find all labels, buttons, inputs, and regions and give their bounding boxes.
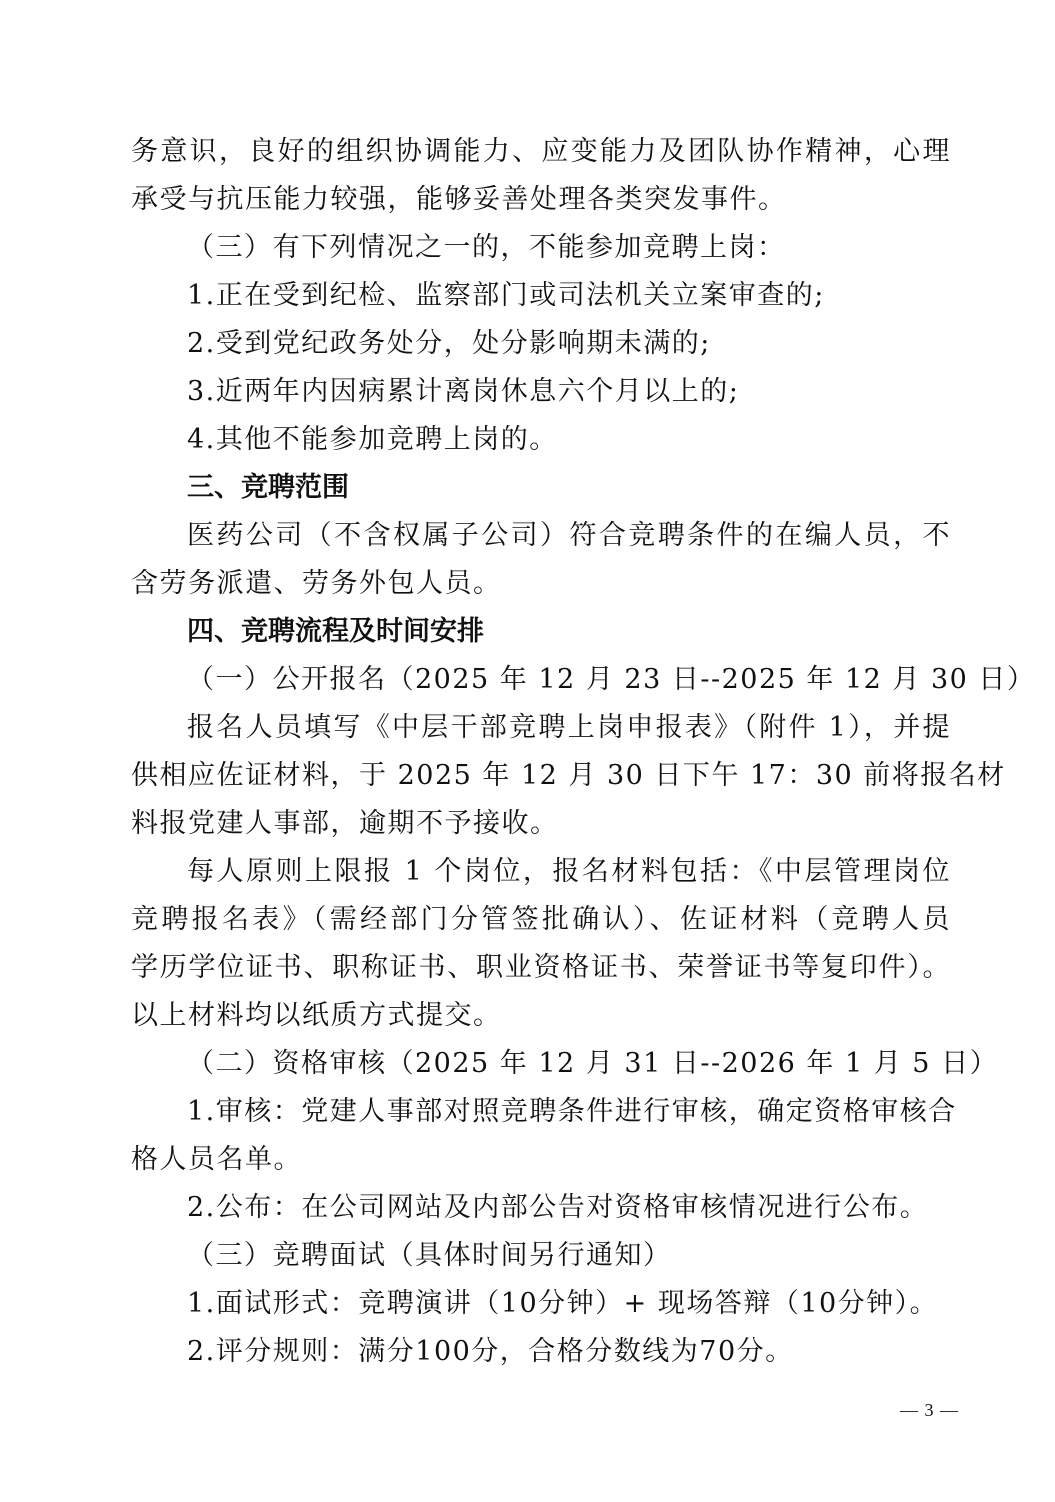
paragraph-line: 1.审核：党建人事部对照竞聘条件进行审核，确定资格审核合 — [187, 1092, 951, 1132]
paragraph-line: 1.面试形式：竞聘演讲（10分钟）+ 现场答辩（10分钟）。 — [187, 1284, 1007, 1324]
paragraph-line: 格人员名单。 — [131, 1140, 951, 1180]
paragraph-line: 含劳务派遣、劳务外包人员。 — [131, 564, 951, 604]
paragraph-line: 1.正在受到纪检、监察部门或司法机关立案审查的; — [187, 276, 1007, 316]
paragraph-line: 供相应佐证材料，于 2025 年 12 月 30 日下午 17：30 前将报名材 — [131, 756, 951, 796]
paragraph-line: 承受与抗压能力较强，能够妥善处理各类突发事件。 — [131, 180, 951, 220]
section-heading: 三、竞聘范围 — [187, 468, 1007, 508]
paragraph-line: 每人原则上限报 1 个岗位，报名材料包括：《中层管理岗位 — [187, 852, 951, 892]
paragraph-line: 以上材料均以纸质方式提交。 — [131, 996, 951, 1036]
paragraph-line: （三）有下列情况之一的，不能参加竞聘上岗： — [187, 228, 1007, 268]
paragraph-line: 3.近两年内因病累计离岗休息六个月以上的; — [187, 372, 1007, 412]
paragraph-line: 4.其他不能参加竞聘上岗的。 — [187, 420, 1007, 460]
paragraph-line: 2.公布：在公司网站及内部公告对资格审核情况进行公布。 — [187, 1188, 1007, 1228]
paragraph-line: 2.评分规则：满分100分，合格分数线为70分。 — [187, 1332, 1007, 1372]
paragraph-line: 学历学位证书、职称证书、职业资格证书、荣誉证书等复印件）。 — [131, 948, 951, 988]
paragraph-line: 务意识，良好的组织协调能力、应变能力及团队协作精神，心理 — [131, 132, 951, 172]
paragraph-line: （二）资格审核（2025 年 12 月 31 日--2026 年 1 月 5 日… — [187, 1044, 1007, 1084]
page-number: — 3 — — [900, 1400, 959, 1421]
section-heading: 四、竞聘流程及时间安排 — [187, 612, 1007, 652]
paragraph-line: 2.受到党纪政务处分，处分影响期未满的; — [187, 324, 1007, 364]
paragraph-line: 报名人员填写《中层干部竞聘上岗申报表》（附件 1），并提 — [187, 708, 951, 748]
paragraph-line: （一）公开报名（2025 年 12 月 23 日--2025 年 12 月 30… — [187, 660, 1007, 700]
document-page: 务意识，良好的组织协调能力、应变能力及团队协作精神，心理承受与抗压能力较强，能够… — [0, 0, 1055, 1502]
paragraph-line: 医药公司（不含权属子公司）符合竞聘条件的在编人员，不 — [187, 516, 951, 556]
paragraph-line: （三）竞聘面试（具体时间另行通知） — [187, 1236, 1007, 1276]
paragraph-line: 竞聘报名表》（需经部门分管签批确认）、佐证材料（竞聘人员 — [131, 900, 951, 940]
paragraph-line: 料报党建人事部，逾期不予接收。 — [131, 804, 951, 844]
